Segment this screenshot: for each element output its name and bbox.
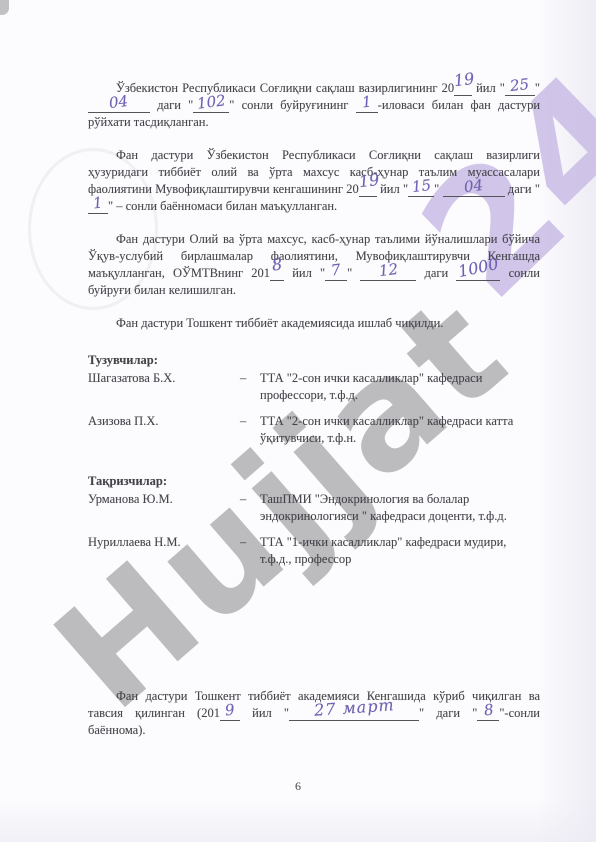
scan-corner-artifact [0, 0, 9, 15]
paragraph-developed-at-academy: Фан дастури Тошкент тиббиёт академиясида… [88, 315, 540, 332]
paragraph-ministry-order: Ўзбекистон Республикаси Соғлиқни сақлаш … [88, 80, 540, 131]
authors-header: Тузувчилар: [88, 352, 540, 369]
p1-blank-month: 04 [88, 99, 150, 113]
handwritten-day-15: 15 [411, 180, 431, 192]
p3-text-4: даги [416, 266, 456, 280]
paragraph-oumtv-order: Фан дастури Олий ва ўрта махсус, касб-ҳу… [88, 231, 540, 299]
paragraph-coordination-council: Фан дастури Ўзбекистон Республикаси Соғл… [88, 147, 540, 215]
bottom-blank-date: 27 март [289, 707, 419, 721]
author-name: Шагазатова Б.Х. [88, 370, 240, 404]
author-description: ТТА "2-сон ички касалликлар" кафедраси к… [260, 413, 540, 447]
handwritten-protocol-8: 8 [483, 704, 494, 715]
author-description: ТТА "2-сон ички касалликлар" кафедраси п… [260, 370, 540, 404]
reviewers-header: Тақризчилар: [88, 473, 540, 490]
p2-blank-year: 19 [359, 183, 377, 197]
reviewer-name: Урманова Ю.М. [88, 491, 240, 525]
paragraph-academy-council: Фан дастури Тошкент тиббиёт академияси К… [88, 688, 540, 739]
p2-text-2: йил " [377, 182, 408, 196]
reviewer-row-nurillaeva: Нуриллаева Н.М. – ТТА "1-ички касалликла… [88, 534, 540, 568]
p3-blank-order-number: 1000 [456, 267, 500, 281]
handwritten-annex-1: 1 [361, 96, 372, 107]
p3-text-2: йил " [284, 266, 325, 280]
handwritten-month-04-2: 04 [463, 180, 483, 192]
document-body: Ўзбекистон Республикаси Соғлиқни сақлаш … [88, 80, 540, 755]
p4-text-1: Фан дастури Тошкент тиббиёт академиясида… [116, 316, 443, 330]
handwritten-order-102: 102 [196, 95, 226, 108]
handwritten-month-12: 12 [378, 264, 398, 276]
reviewer-name: Нуриллаева Н.М. [88, 534, 240, 568]
handwritten-order-1000: 1000 [457, 259, 499, 277]
p2-blank-day: 15 [408, 183, 434, 197]
p1-text-4: даги " [150, 98, 193, 112]
handwritten-year-19-2: 19 [358, 175, 379, 187]
bottom-text-3: " даги " [419, 706, 477, 720]
p1-blank-order-number: 102 [193, 99, 229, 113]
bottom-text-2: йил " [240, 706, 289, 720]
p2-text-3: " [434, 182, 442, 196]
reviewer-description: ТашПМИ "Эндокринология ва болалар эндокр… [260, 491, 540, 525]
p3-text-3: " [347, 266, 360, 280]
author-name: Азизова П.Х. [88, 413, 240, 447]
p3-blank-day: 7 [325, 267, 347, 281]
handwritten-year-19: 19 [454, 74, 475, 86]
p1-text-5: " сонли буйруғининг [229, 98, 355, 112]
handwritten-year-9: 9 [225, 704, 236, 715]
p2-blank-month: 04 [443, 183, 505, 197]
bottom-blank-protocol: 8 [477, 707, 499, 721]
reviewers-section: Тақризчилар: Урманова Ю.М. – ТашПМИ "Энд… [88, 473, 540, 568]
p1-text-2: йил " [472, 81, 505, 95]
handwritten-day-25: 25 [510, 79, 530, 91]
author-row-shagazatova: Шагазатова Б.Х. – ТТА "2-сон ички касалл… [88, 370, 540, 404]
p3-blank-year: 8 [270, 267, 284, 281]
dash-separator: – [240, 413, 260, 447]
handwritten-day-7: 7 [331, 264, 342, 275]
p1-blank-annex: 1 [356, 99, 378, 113]
dash-separator: – [240, 370, 260, 404]
authors-section: Тузувчилар: Шагазатова Б.Х. – ТТА "2-сон… [88, 352, 540, 447]
p3-blank-month: 12 [360, 267, 416, 281]
p1-text-1: Ўзбекистон Республикаси Соғлиқни сақлаш … [116, 81, 454, 95]
p1-text-3: " [535, 81, 540, 95]
reviewer-description: ТТА "1-ички касалликлар" кафедраси мудир… [260, 534, 540, 568]
p1-blank-year: 19 [454, 82, 472, 96]
scanned-document-page: { "watermark": { "main_text": "Hujjat", … [0, 0, 596, 842]
author-row-azizova: Азизова П.Х. – ТТА "2-сон ички касалликл… [88, 413, 540, 447]
reviewer-row-urmanova: Урманова Ю.М. – ТашПМИ "Эндокринология в… [88, 491, 540, 525]
handwritten-protocol-1: 1 [93, 197, 104, 208]
p1-blank-day: 25 [505, 82, 535, 96]
p2-text-4: даги " [505, 182, 540, 196]
bottom-blank-year: 9 [220, 707, 240, 721]
p2-text-5: " – сонли баённомаси билан маъқулланган. [108, 199, 337, 213]
handwritten-year-8: 8 [271, 259, 282, 270]
handwritten-month-04: 04 [109, 96, 129, 108]
p2-blank-protocol: 1 [88, 200, 108, 214]
dash-separator: – [240, 491, 260, 525]
handwritten-date-27-mart: 27 март [313, 700, 394, 716]
dash-separator: – [240, 534, 260, 568]
page-number: 6 [0, 779, 596, 794]
